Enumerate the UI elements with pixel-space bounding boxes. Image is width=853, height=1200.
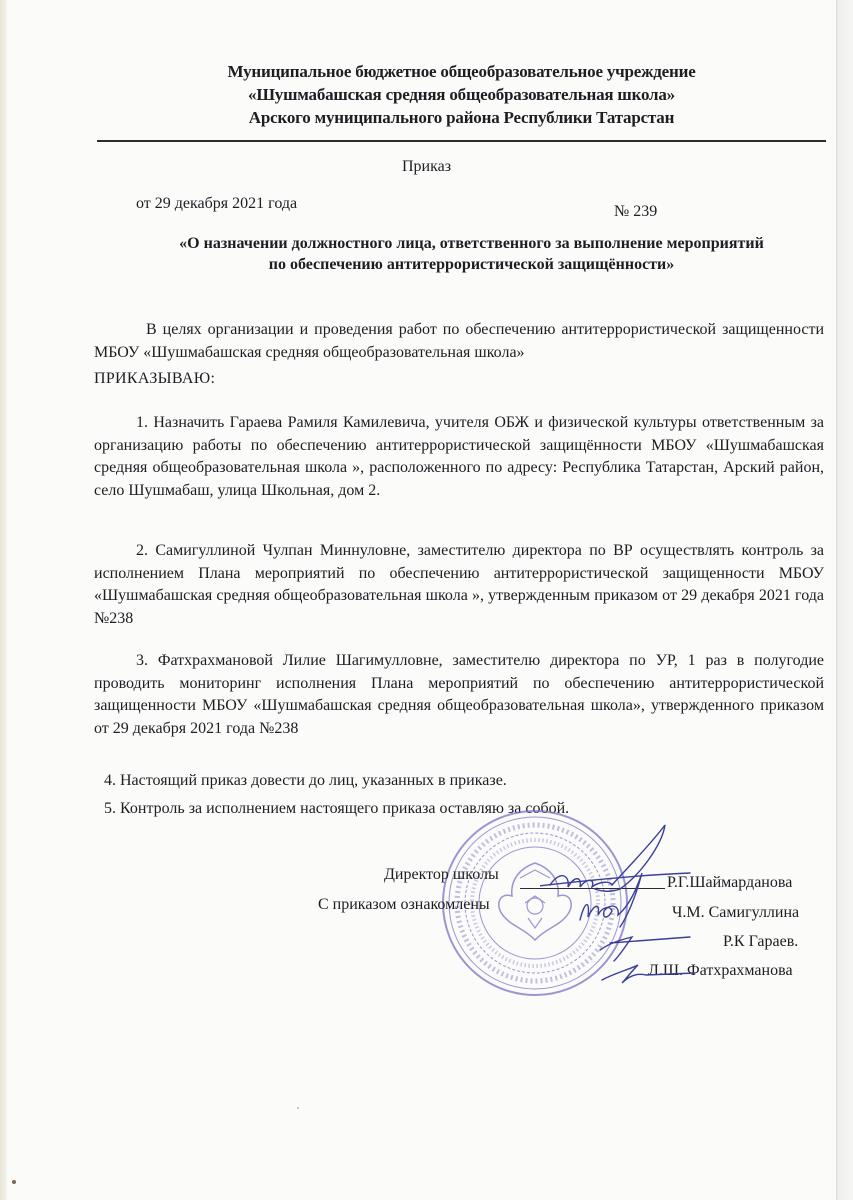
order-word: ПРИКАЗЫВАЮ: [94, 370, 215, 388]
document-date: от 29 декабря 2021 года [136, 195, 297, 213]
header-line-1: Муниципальное бюджетное общеобразователь… [97, 60, 826, 83]
document-number: № 239 [614, 203, 657, 221]
header-line-3: Арского муниципального района Республики… [97, 106, 826, 129]
scan-right-edge [836, 0, 853, 1200]
acknowledged-name-2: Р.К Гараев. [723, 933, 798, 951]
header-line-2: «Шушмабашская средняя общеобразовательна… [97, 83, 826, 106]
director-signature-line [520, 888, 665, 889]
acknowledged-name-3: Л.Ш. Фатхрахманова [648, 962, 793, 980]
scan-speck [297, 1107, 299, 1109]
order-item-3: 3. Фатхрахмановой Лилие Шагимулловне, за… [94, 650, 824, 740]
organization-header: Муниципальное бюджетное общеобразователь… [97, 60, 826, 129]
order-item-5: 5. Контроль за исполнением настоящего пр… [104, 800, 569, 818]
order-item-1: 1. Назначить Гараева Рамиля Камилевича, … [94, 412, 824, 502]
order-item-2: 2. Самигуллиной Чулпан Миннуловне, замес… [94, 540, 824, 630]
order-item-4: 4. Настоящий приказ довести до лиц, указ… [104, 772, 507, 790]
acknowledged-label: С приказом ознакомлены [318, 896, 490, 914]
document-title: «О назначении должностного лица, ответст… [97, 233, 826, 275]
director-label: Директор школы [384, 866, 499, 884]
director-name: Р.Г.Шаймарданова [667, 874, 792, 892]
preamble: В целях организации и проведения работ п… [94, 319, 824, 364]
acknowledged-name-1: Ч.М. Самигуллина [672, 904, 799, 922]
title-line-1: «О назначении должностного лица, ответст… [117, 233, 826, 254]
document-type: Приказ [0, 158, 853, 176]
title-line-2: по обеспечению антитеррористической защи… [117, 254, 826, 275]
scan-left-edge [0, 0, 7, 1200]
header-divider [97, 140, 826, 142]
scan-speck [12, 1180, 16, 1184]
